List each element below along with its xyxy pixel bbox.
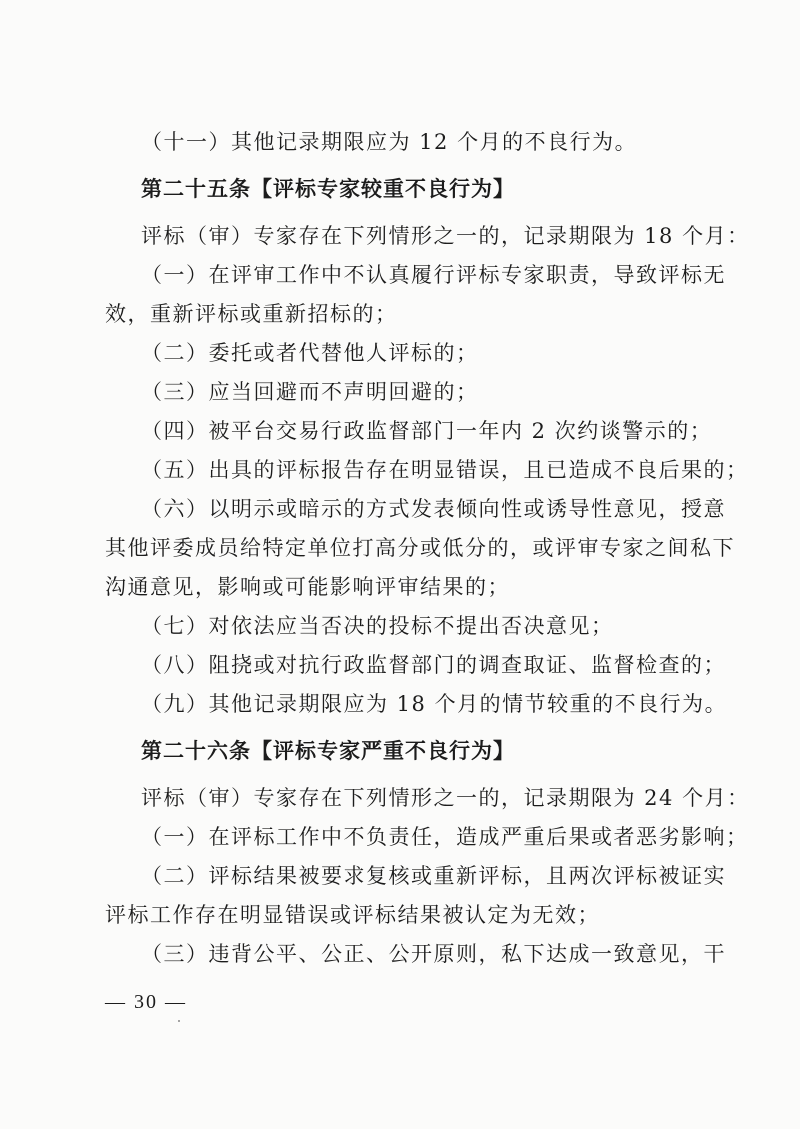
paragraph-line: （二）委托或者代替他人评标的； (141, 339, 479, 367)
paragraph-line: 评标（审）专家存在下列情形之一的，记录期限为 24 个月： (141, 784, 750, 812)
paragraph-line: （十一）其他记录期限应为 12 个月的不良行为。 (141, 128, 637, 156)
paragraph-line: （一）在评审工作中不认真履行评标专家职责，导致评标无 (141, 261, 726, 289)
paragraph-line: （七）对依法应当否决的投标不提出否决意见； (141, 612, 614, 640)
article-25-heading: 第二十五条【评标专家较重不良行为】 (141, 175, 515, 203)
page-number: — 30 — (105, 988, 187, 1016)
scan-speck (178, 1020, 180, 1022)
paragraph-line: （六）以明示或暗示的方式发表倾向性或诱导性意见，授意 (141, 495, 726, 523)
paragraph-line: 效，重新评标或重新招标的； (105, 300, 398, 328)
article-26-heading: 第二十六条【评标专家严重不良行为】 (141, 737, 515, 765)
paragraph-line: 沟通意见，影响或可能影响评审结果的； (105, 573, 510, 601)
paragraph-line: （四）被平台交易行政监督部门一年内 2 次约谈警示的； (141, 417, 712, 445)
paragraph-line: （三）应当回避而不声明回避的； (141, 378, 479, 406)
paragraph-line: （三）违背公平、公正、公开原则，私下达成一致意见，干 (141, 940, 726, 968)
paragraph-line: 评标（审）专家存在下列情形之一的，记录期限为 18 个月： (141, 222, 750, 250)
paragraph-line: 评标工作存在明显错误或评标结果被认定为无效； (105, 901, 600, 929)
paragraph-line: 其他评委成员给特定单位打高分或低分的，或评审专家之间私下 (105, 534, 735, 562)
paragraph-line: （二）评标结果被要求复核或重新评标，且两次评标被证实 (141, 862, 726, 890)
paragraph-line: （一）在评标工作中不负责任，造成严重后果或者恶劣影响； (141, 823, 749, 851)
paragraph-line: （五）出具的评标报告存在明显错误，且已造成不良后果的； (141, 456, 749, 484)
paragraph-line: （八）阻挠或对抗行政监督部门的调查取证、监督检查的； (141, 651, 726, 679)
document-page: （十一）其他记录期限应为 12 个月的不良行为。 第二十五条【评标专家较重不良行… (0, 0, 800, 1129)
paragraph-line: （九）其他记录期限应为 18 个月的情节较重的不良行为。 (141, 690, 727, 718)
